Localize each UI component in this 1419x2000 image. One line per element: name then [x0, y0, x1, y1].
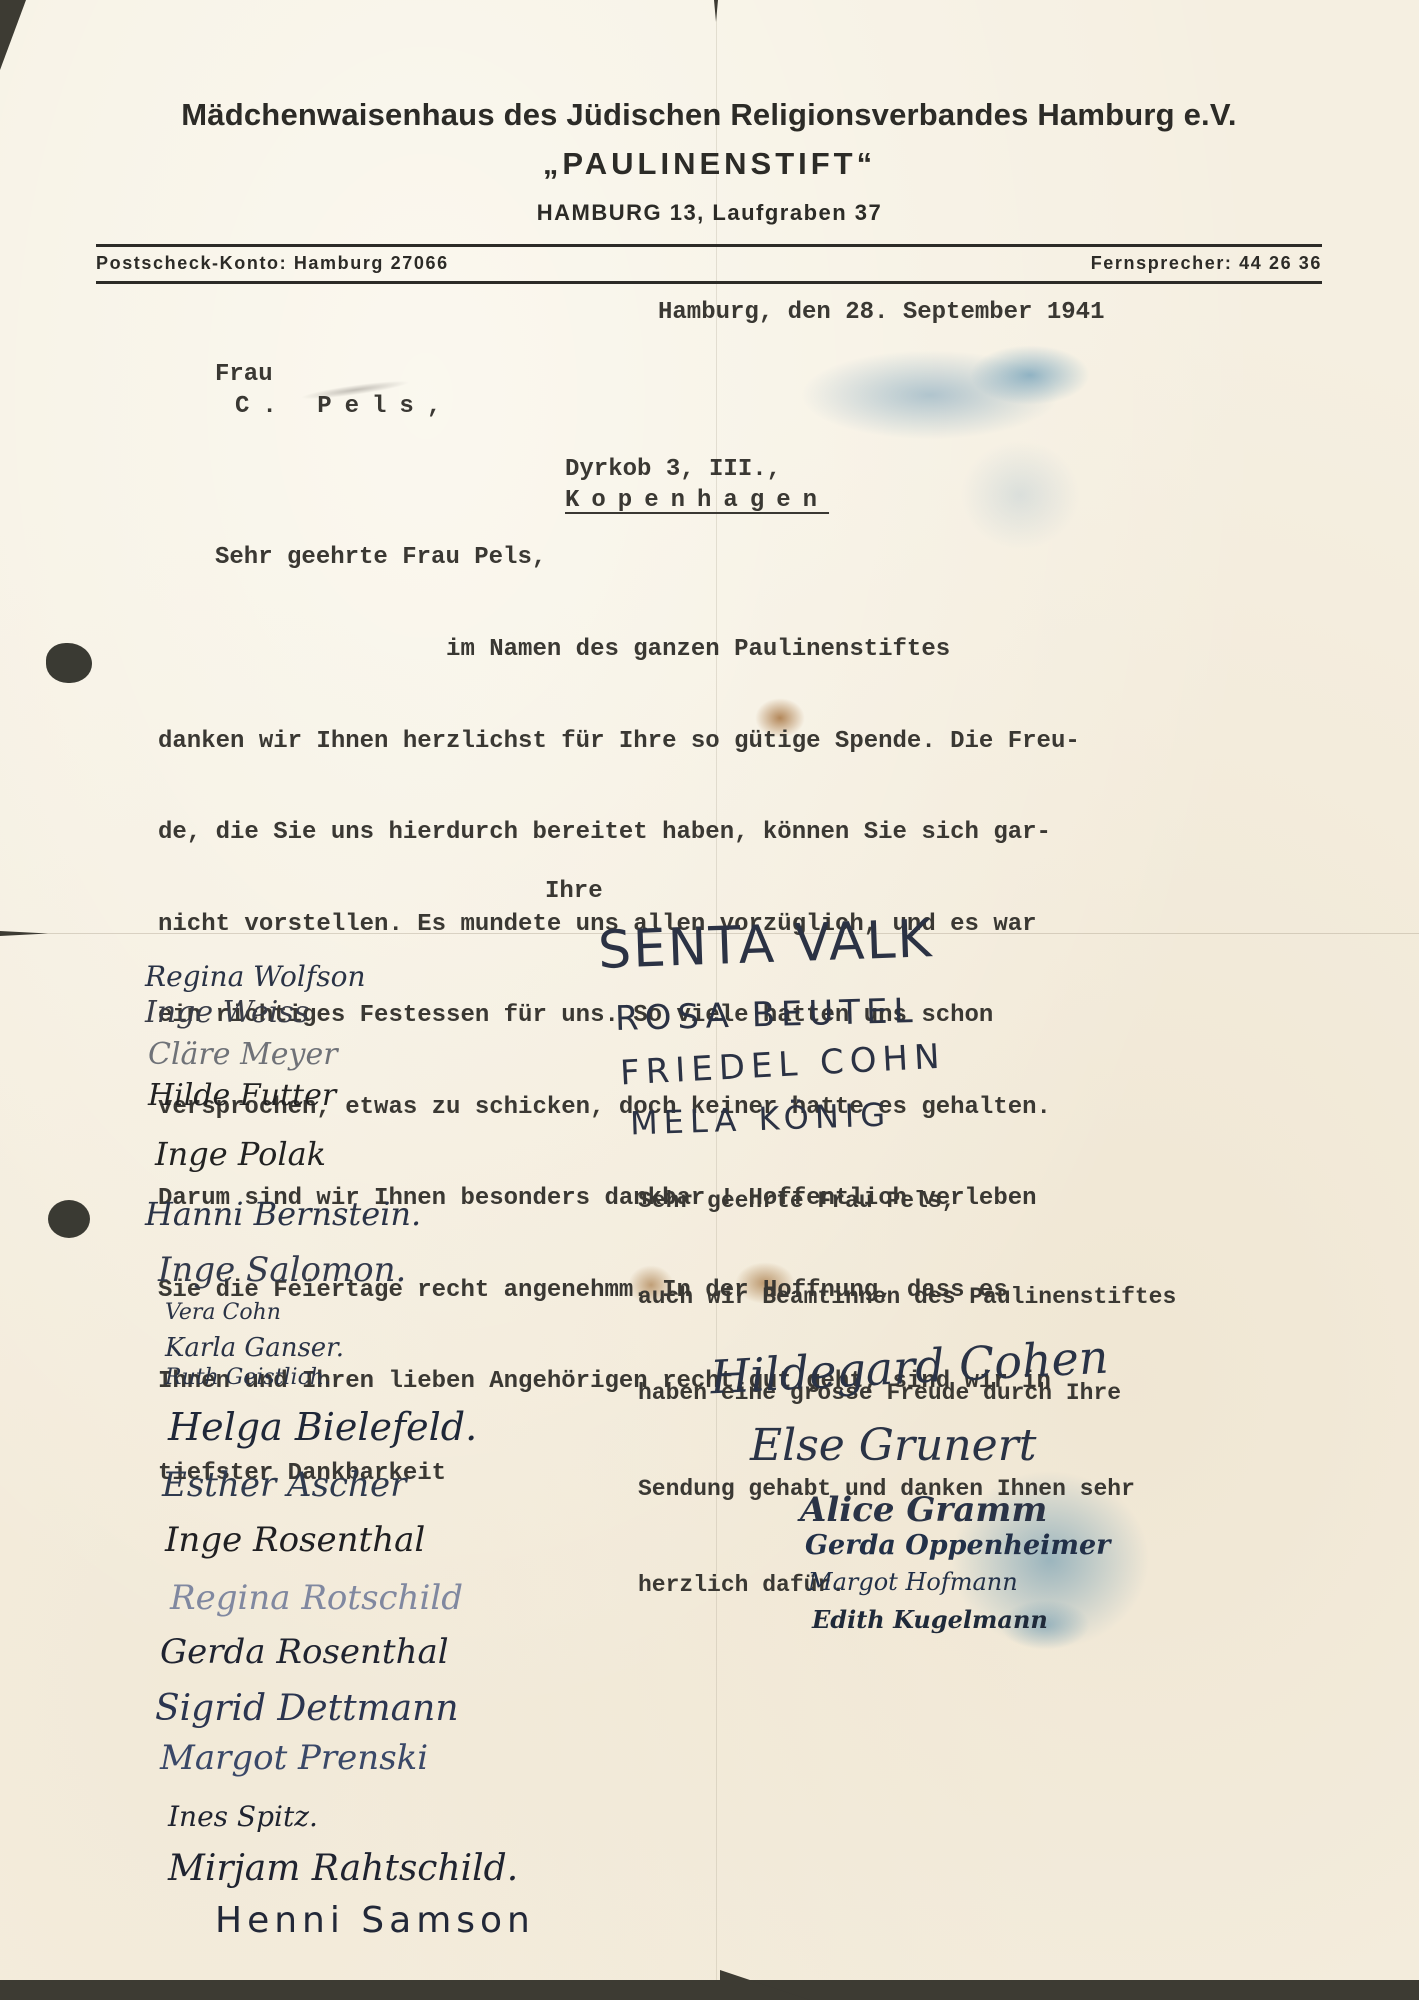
signature-child: Hilde Futter — [148, 1078, 336, 1113]
recipient-name: C. Pels, — [235, 392, 454, 422]
ink-stain — [960, 440, 1080, 550]
signature-staff: Edith Kugelmann — [812, 1605, 1048, 1634]
signature-child: Karla Ganser. — [165, 1333, 344, 1363]
signature-child: Mirjam Rahtschild. — [168, 1848, 518, 1889]
signature-child: Regina Wolfson — [145, 960, 365, 993]
staff-salutation: Sehr geehrte Frau Pels, — [638, 1185, 955, 1217]
letterhead-rule-bottom — [96, 281, 1322, 284]
signature-child: Hanni Bernstein. — [145, 1195, 421, 1233]
signature-staff: Alice Gramm — [800, 1490, 1047, 1530]
signature-child: Esther Ascher — [162, 1465, 406, 1505]
recipient-city: Kopenhagen — [565, 486, 829, 516]
punch-hole-icon — [46, 643, 92, 683]
signature-child: Inge Weiss — [145, 995, 309, 1030]
signature-child: Ruth Geistlich. — [165, 1365, 331, 1390]
letterhead-organization: Mädchenwaisenhaus des Jüdischen Religion… — [96, 97, 1322, 133]
torn-corner — [0, 0, 26, 70]
ink-stain — [970, 345, 1090, 405]
torn-bottom-edge — [720, 1970, 810, 2000]
signature-child: Inge Rosenthal — [165, 1520, 425, 1560]
signature-child: Cläre Meyer — [148, 1037, 338, 1072]
signature-child: Ines Spitz. — [168, 1800, 318, 1833]
body-line: de, die Sie uns hierdurch bereitet haben… — [158, 818, 1080, 849]
signature-child: Vera Cohn — [165, 1300, 281, 1325]
signature-printed: ROSA BEUTEL — [615, 991, 920, 1039]
letterhead-rule-top — [96, 244, 1322, 247]
signature-child: Helga Bielefeld. — [168, 1405, 477, 1449]
recipient-title: Frau — [215, 360, 273, 390]
signature-child: Inge Salomon. — [158, 1250, 406, 1290]
signature-child: Regina Rotschild — [170, 1578, 463, 1618]
signature-child: Sigrid Dettmann — [155, 1688, 459, 1729]
signature-staff: Else Grunert — [750, 1420, 1036, 1471]
staff-body-line: auch wir Beamtinnen des Paulinenstiftes — [638, 1281, 1176, 1313]
letter-salutation: Sehr geehrte Frau Pels, — [215, 543, 546, 573]
letterhead-postscheck: Postscheck-Konto: Hamburg 27066 — [96, 253, 449, 274]
signature-staff: Gerda Oppenheimer — [805, 1530, 1110, 1561]
signature-staff: Margot Hofmann — [808, 1568, 1018, 1596]
signature-printed: SENTA VALK — [597, 909, 934, 981]
letterhead-name: „PAULINENSTIFT“ — [0, 146, 1419, 182]
punch-hole-icon — [48, 1200, 90, 1238]
signature-child: Gerda Rosenthal — [160, 1632, 449, 1672]
letter-closing: Ihre — [545, 877, 603, 907]
signature-child: Henni Samson — [215, 1900, 535, 1941]
letterhead-address: HAMBURG 13, Laufgraben 37 — [0, 200, 1419, 226]
letter-date: Hamburg, den 28. September 1941 — [658, 298, 1104, 328]
body-line: danken wir Ihnen herzlichst für Ihre so … — [158, 727, 1080, 758]
signature-child: Inge Polak — [155, 1135, 326, 1173]
letterhead-phone: Fernsprecher: 44 26 36 — [1091, 253, 1322, 274]
body-line: im Namen des ganzen Paulinenstiftes — [158, 635, 1080, 666]
signature-child: Margot Prenski — [160, 1738, 428, 1778]
recipient-street: Dyrkob 3, III., — [565, 455, 781, 485]
